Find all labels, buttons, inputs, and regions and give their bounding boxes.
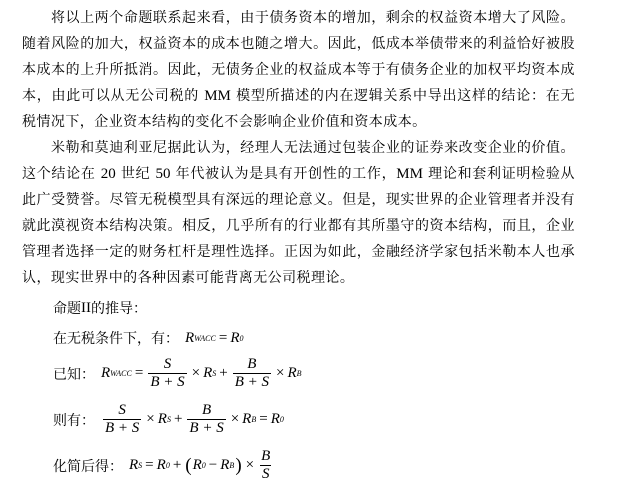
mm-term: MM — [396, 166, 423, 182]
symbol: R — [129, 457, 138, 474]
equation-label: 化简后得： — [53, 456, 123, 476]
subscript: 0 — [202, 461, 206, 470]
operator: − — [209, 457, 217, 474]
symbol: R — [158, 411, 167, 428]
equation-line-3: 则有： SB + S × RS + BB + S × RB = R0 — [53, 402, 284, 437]
denominator: B + S — [148, 373, 186, 391]
subscript: 0 — [239, 334, 243, 343]
numerator: B — [259, 448, 272, 465]
operator: × — [276, 365, 284, 382]
fraction: BB + S — [233, 356, 271, 391]
subscript: 0 — [166, 461, 170, 470]
paragraph-1: 将以上两个命题联系起来看，由于债务资本的增加，剩余的权益资本增大了风险。随着风险… — [22, 5, 575, 135]
symbol: R — [230, 330, 239, 347]
operator: = — [145, 457, 153, 474]
subscript: 0 — [280, 415, 284, 424]
fraction: BB + S — [187, 402, 225, 437]
operator: = — [135, 365, 143, 382]
heading-text: 命题 — [53, 298, 81, 318]
operator: × — [146, 411, 154, 428]
denominator: B + S — [233, 373, 271, 391]
symbol: R — [242, 411, 251, 428]
operator: × — [192, 365, 200, 382]
numerator: B — [200, 402, 213, 419]
symbol: R — [287, 365, 296, 382]
subscript: S — [212, 369, 216, 378]
paragraph-text: 世纪 — [116, 166, 156, 182]
operator: = — [219, 330, 227, 347]
symbol: R — [220, 457, 229, 474]
operator: = — [259, 411, 267, 428]
subscript: B — [251, 415, 256, 424]
subscript: WACC — [110, 369, 132, 378]
operator: + — [219, 365, 227, 382]
symbol: R — [185, 330, 194, 347]
fraction: SB + S — [103, 402, 141, 437]
subscript: S — [167, 415, 171, 424]
equation-weighted-sum: SB + S × RS + BB + S × RB = R0 — [101, 402, 284, 437]
fraction: SB + S — [148, 356, 186, 391]
paragraph-text: 理论和套利证明检验从此广受赞誉。尽管无税模型具有深远的理论意义。但是，现实世界的… — [22, 166, 575, 286]
operator: + — [173, 457, 181, 474]
symbol: R — [157, 457, 166, 474]
right-paren: ) — [235, 455, 241, 477]
symbol: R — [101, 365, 110, 382]
fraction: BS — [259, 448, 272, 483]
number-50: 50 — [155, 166, 170, 182]
equation-line-2: 已知： RWACC = SB + S × RS + BB + S × RB — [53, 356, 302, 391]
equation-label: 在无税条件下，有： — [53, 328, 179, 348]
subscript: B — [297, 369, 302, 378]
symbol: R — [203, 365, 212, 382]
paragraph-2: 米勒和莫迪利亚尼据此认为，经理人无法通过包装企业的证券来改变企业的价值。这个结论… — [22, 135, 575, 291]
symbol: R — [271, 411, 280, 428]
heading-text: 的推导： — [91, 298, 147, 318]
document-body: 将以上两个命题联系起来看，由于债务资本的增加，剩余的权益资本增大了风险。随着风险… — [22, 5, 575, 291]
paragraph-text: 年代被认为是具有开创性的工作， — [170, 166, 396, 182]
numerator: S — [162, 356, 174, 373]
equation-label: 则有： — [53, 410, 95, 430]
subscript: S — [138, 461, 142, 470]
denominator: S — [260, 465, 272, 483]
operator: + — [174, 411, 182, 428]
equation-wacc-equals-r0: RWACC = R0 — [185, 330, 243, 347]
symbol: R — [193, 457, 202, 474]
operator: × — [231, 411, 239, 428]
derivation-heading: 命题 II 的推导： — [53, 298, 147, 318]
equation-line-1: 在无税条件下，有： RWACC = R0 — [53, 328, 243, 348]
roman-numeral: II — [81, 300, 91, 317]
equation-line-4: 化简后得： RS = R0 + ( R0 − RB ) × BS — [53, 448, 274, 483]
subscript: WACC — [194, 334, 216, 343]
equation-simplified: RS = R0 + ( R0 − RB ) × BS — [129, 448, 274, 483]
left-paren: ( — [185, 455, 191, 477]
subscript: B — [229, 461, 234, 470]
number-20: 20 — [101, 166, 116, 182]
equation-wacc-definition: RWACC = SB + S × RS + BB + S × RB — [101, 356, 302, 391]
numerator: S — [116, 402, 128, 419]
mm-term: MM — [204, 88, 231, 104]
equation-label: 已知： — [53, 364, 95, 384]
numerator: B — [245, 356, 258, 373]
denominator: B + S — [187, 419, 225, 437]
operator: × — [246, 457, 254, 474]
denominator: B + S — [103, 419, 141, 437]
